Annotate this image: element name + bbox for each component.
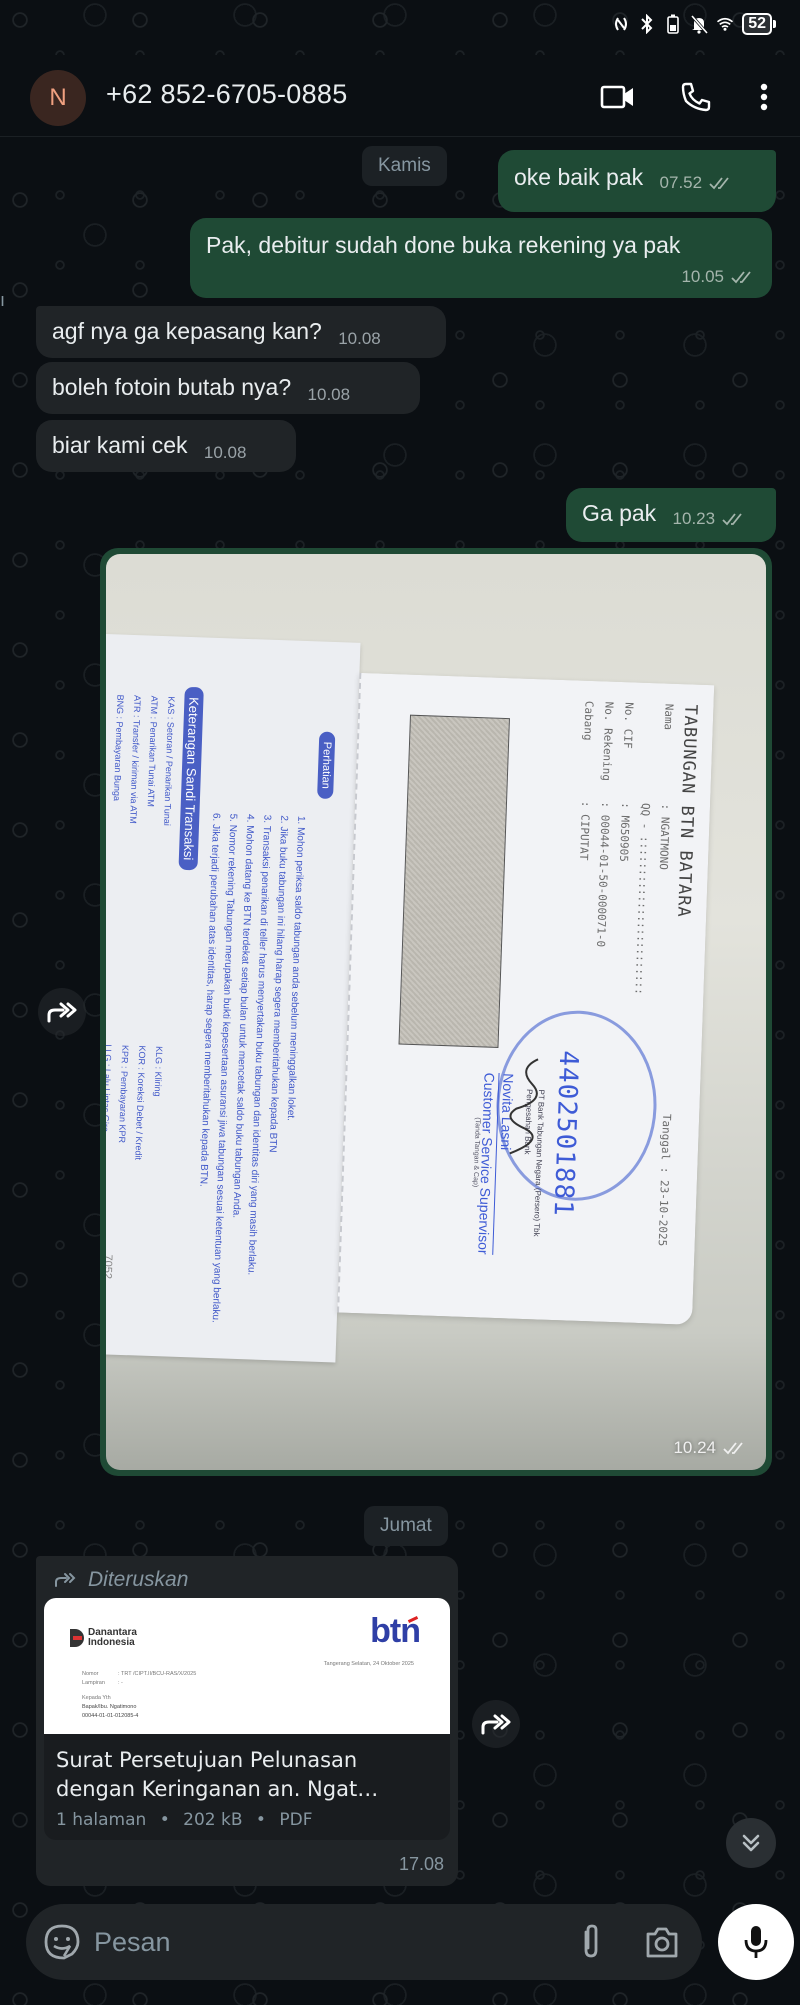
chevrons-down-icon <box>740 1832 762 1854</box>
contact-name[interactable]: +62 852-6705-0885 <box>106 79 348 110</box>
battery-indicator: 52 <box>742 13 776 35</box>
paperclip-icon <box>578 1922 604 1962</box>
message-time: 10.23 <box>673 504 716 534</box>
message-incoming[interactable]: biar kami cek 10.08 <box>36 420 296 472</box>
day-separator: Kamis <box>362 146 447 186</box>
camera-button[interactable] <box>644 1922 680 1967</box>
document-preview: Danantara Indonesia btn Tangerang Selata… <box>44 1598 450 1734</box>
document-title: Surat Persetujuan Pelunasan dengan Kerin… <box>56 1746 438 1804</box>
page-number: 7052 <box>106 1254 114 1279</box>
message-text: Ga pak <box>582 500 656 526</box>
field-value: QQ - :::::::::::::::::::::::: <box>632 803 652 995</box>
message-time: 17.08 <box>44 1840 450 1875</box>
wifi-icon <box>716 14 734 34</box>
doc-value: : TRT /CIPT.II/BCU-RAS/X/2025 <box>118 1671 196 1677</box>
doc-to-name: Bapak/Ibu. Ngatimono <box>82 1703 196 1712</box>
scroll-to-bottom-button[interactable] <box>726 1818 776 1868</box>
chat-messages[interactable]: Kamis oke baik pak 07.52 Pak, debitur su… <box>0 138 800 1878</box>
field-value: : M650905 <box>617 802 632 862</box>
microphone-icon <box>743 1924 769 1960</box>
status-bar: 52 <box>0 0 800 50</box>
message-time: 10.08 <box>338 324 381 354</box>
sticker-icon <box>42 1922 82 1962</box>
bluetooth-icon <box>638 14 656 34</box>
forward-icon <box>45 1001 79 1023</box>
redacted-photo-area <box>399 715 510 1048</box>
passbook-date: Tanggal : 23-10-2025 <box>652 1114 677 1247</box>
message-time: 10.08 <box>204 438 247 468</box>
avatar[interactable]: N <box>30 70 86 126</box>
more-options-button[interactable] <box>744 77 784 117</box>
video-call-button[interactable] <box>598 77 638 117</box>
message-input[interactable] <box>94 1920 554 1964</box>
message-time: 10.08 <box>308 380 351 410</box>
video-call-icon <box>600 84 636 110</box>
message-outgoing[interactable]: oke baik pak 07.52 <box>498 150 776 212</box>
passbook-image: Perhatian 1. Mohon periksa saldo tabunga… <box>106 624 716 1385</box>
offscreen-fragment: ı <box>0 290 5 311</box>
forward-icon <box>479 1713 513 1735</box>
camera-icon <box>644 1922 680 1962</box>
forward-button[interactable] <box>472 1700 520 1748</box>
signature-icon <box>494 1048 558 1170</box>
field-label <box>642 703 645 803</box>
message-text: Pak, debitur sudah done buka rekening ya… <box>206 230 756 260</box>
btn-logo: btn <box>370 1612 420 1651</box>
document-size: 202 kB <box>183 1810 242 1830</box>
passbook-photo[interactable]: Perhatian 1. Mohon periksa saldo tabunga… <box>106 554 766 1470</box>
doc-to-account: 00044-01-01-012085-4 <box>82 1712 196 1721</box>
message-text: biar kami cek <box>52 432 187 458</box>
day-separator: Jumat <box>364 1506 448 1546</box>
doc-label: Nomor <box>82 1670 118 1679</box>
phone-call-icon <box>680 81 712 113</box>
notice-pill: Perhatian <box>317 732 335 800</box>
message-outgoing[interactable]: Ga pak 10.23 <box>566 488 776 542</box>
message-incoming[interactable]: agf nya ga kepasang kan? 10.08 <box>36 306 446 358</box>
battery-saver-icon <box>664 14 682 34</box>
field-value: : CIPUTAT <box>577 801 592 861</box>
document-details: 1 halaman • 202 kB • PDF <box>56 1810 438 1830</box>
passbook-account-page: TABUNGAN BTN BATARA Nama: NGATMONO QQ - … <box>337 673 714 1325</box>
sticker-button[interactable] <box>42 1922 82 1967</box>
doc-to-label: Kepada Yth <box>82 1694 196 1703</box>
field-label: No. Rekening <box>595 701 618 802</box>
doc-place-date: Tangerang Selatan, 24 Oktober 2025 <box>324 1660 414 1669</box>
nfc-icon <box>612 14 630 34</box>
forwarded-text: Diteruskan <box>88 1568 188 1592</box>
document-type: PDF <box>279 1810 312 1830</box>
danantara-logo: Danantara Indonesia <box>70 1628 148 1648</box>
message-incoming[interactable]: boleh fotoin butab nya? 10.08 <box>36 362 420 414</box>
message-text: oke baik pak <box>514 164 643 190</box>
voice-message-button[interactable] <box>718 1904 794 1980</box>
document-card[interactable]: Danantara Indonesia btn Tangerang Selata… <box>44 1598 450 1840</box>
double-check-icon <box>721 511 747 527</box>
field-label: No. CIF <box>615 702 638 803</box>
field-label: Cabang <box>575 701 598 802</box>
message-composer <box>26 1904 702 1980</box>
image-meta: 10.24 <box>673 1438 748 1458</box>
passbook-notice-page: Perhatian 1. Mohon periksa saldo tabunga… <box>106 634 360 1362</box>
voice-call-button[interactable] <box>676 77 716 117</box>
message-time: 10.05 <box>681 262 724 292</box>
doc-value: : - <box>118 1680 123 1686</box>
double-check-icon <box>708 175 734 191</box>
double-check-icon <box>730 269 756 285</box>
document-pages: 1 halaman <box>56 1810 146 1830</box>
battery-level: 52 <box>742 13 772 35</box>
field-label: Nama <box>655 703 678 804</box>
message-outgoing[interactable]: Pak, debitur sudah done buka rekening ya… <box>190 218 772 298</box>
doc-label: Lampiran <box>82 1679 118 1688</box>
codes-pill: Keterangan Sandi Transaksi <box>178 687 203 871</box>
attach-button[interactable] <box>578 1922 604 1967</box>
forwarded-document-message[interactable]: Diteruskan Danantara Indonesia btn Tange… <box>36 1556 458 1886</box>
double-check-icon <box>722 1440 748 1456</box>
more-vertical-icon <box>760 83 768 111</box>
bell-off-icon <box>690 14 708 34</box>
field-value: : NGATMONO <box>657 803 672 870</box>
forwarded-label: Diteruskan <box>44 1564 450 1598</box>
chat-header: N +62 852-6705-0885 <box>0 55 800 137</box>
message-time: 10.24 <box>673 1438 716 1458</box>
field-value: : 00044-01-50-000071-0 <box>594 801 612 947</box>
message-text: boleh fotoin butab nya? <box>52 374 291 400</box>
message-text: agf nya ga kepasang kan? <box>52 318 322 344</box>
image-message[interactable]: Perhatian 1. Mohon periksa saldo tabunga… <box>100 548 772 1476</box>
forwarded-icon <box>54 1572 78 1588</box>
message-time: 07.52 <box>660 168 703 198</box>
forward-button[interactable] <box>38 988 86 1036</box>
